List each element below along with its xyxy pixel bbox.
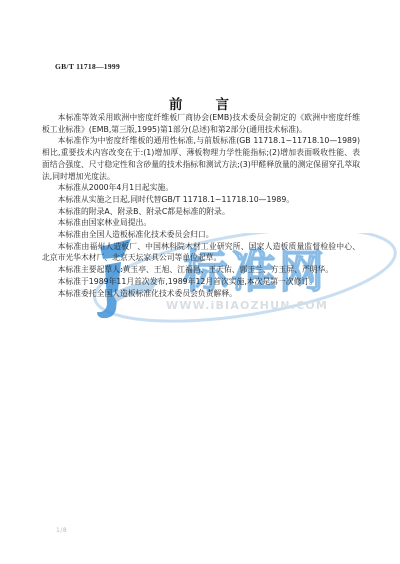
foreword-paragraph: 本标准等效采用欧洲中密度纤维板厂商协会(EMB)技术委员会制定的《欧洲中密度纤维… [42, 112, 360, 135]
document-page: GB/T 11718—1999 前 言 标准网 WWW.iBIAOZHUN.CO… [0, 0, 400, 564]
standard-code: GB/T 11718—1999 [55, 62, 120, 71]
foreword-paragraph: 本标准委托全国人造板标准化技术委员会负责解释。 [42, 288, 360, 300]
foreword-body: 本标准等效采用欧洲中密度纤维板厂商协会(EMB)技术委员会制定的《欧洲中密度纤维… [42, 112, 360, 299]
foreword-paragraph: 本标准由国家林业局提出。 [42, 217, 360, 229]
foreword-paragraph: 本标准作为中密度纤维板的通用性标准,与前版标准(GB 11718.1~11718… [42, 135, 360, 182]
watermark-site-text: WWW.iBIAOZHUN.COM [166, 299, 328, 312]
foreword-paragraph: 本标准由全国人造板标准化技术委员会归口。 [42, 229, 360, 241]
foreword-paragraph: 本标准的附录A、附录B、附录C都是标准的附录。 [42, 206, 360, 218]
page-number: 1/8 [56, 527, 67, 534]
foreword-paragraph: 本标准从2000年4月1日起实施。 [42, 182, 360, 194]
foreword-paragraph: 本标准从实施之日起,同时代替GB/T 11718.1~11718.10—1989… [42, 194, 360, 206]
foreword-paragraph: 本标准于1989年11月首次发布,1989年12月首次实施,本次是第一次修订。 [42, 276, 360, 288]
page-title: 前 言 [0, 93, 400, 113]
foreword-paragraph: 本标准由福州人造板厂、中国林科院木材工业研究所、国家人造板质量监督检验中心、北京… [42, 241, 360, 264]
foreword-paragraph: 本标准主要起草人:黄玉亭、王旭、江福昌、王天佑、郭玉兰、方玉屏、严明华。 [42, 264, 360, 276]
